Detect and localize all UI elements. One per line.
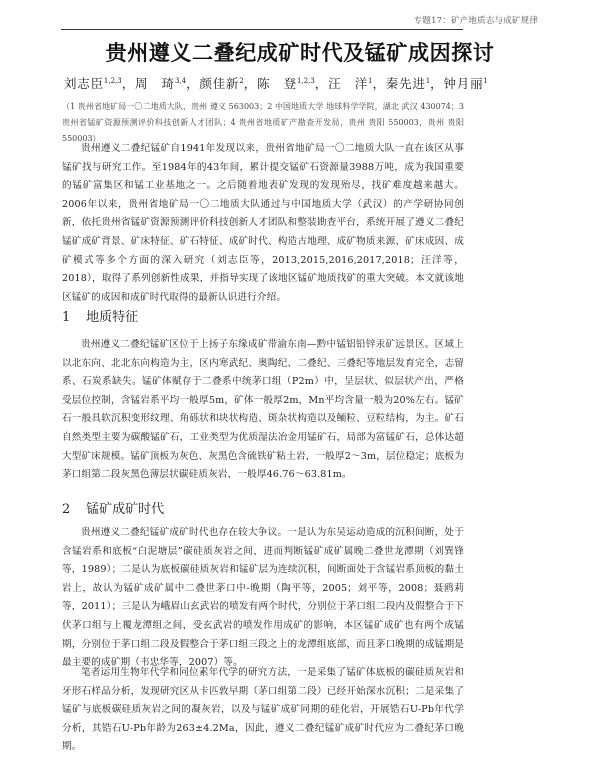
author-name: 秦先进 (386, 76, 426, 91)
author-name: 钟月丽 (443, 76, 483, 91)
author-name: 刘志臣 (64, 76, 104, 91)
author-separator: ， (430, 76, 443, 91)
author-affiliation-marker: 1,2,3 (104, 77, 122, 85)
section-title: 锰矿成矿时代 (86, 502, 164, 517)
header-rule (61, 29, 463, 30)
author-affiliation-marker: 1 (483, 77, 487, 85)
running-header: 专题17：矿产地质志与成矿规律 (414, 14, 538, 26)
author-separator: ， (315, 76, 328, 91)
section-title: 地质特征 (86, 310, 138, 325)
author-name: 颜佳新 (199, 76, 239, 91)
author-separator: ， (186, 76, 199, 91)
intro-paragraph: 贵州遵义二叠纪锰矿自1941年发现以来，贵州省地矿局一〇二地质大队一直在该区从事… (62, 140, 464, 307)
section-number: 1 (62, 310, 82, 325)
body-paragraph: 贵州遵义二叠纪锰矿成矿时代也存在较大争议。一是认为东吴运动造成的沉积间断，处于含… (62, 524, 464, 673)
author-affiliation-marker: 3,4 (175, 77, 186, 85)
body-paragraph: 笔者运用生物年代学和同位素年代学的研究方法，一是采集了锰矿体底板的碳硅质灰岩和牙… (62, 664, 464, 757)
author-name: 周 琦 (135, 76, 175, 91)
section-number: 2 (62, 502, 82, 517)
author-name: 陈 登 (257, 76, 297, 91)
section-heading: 1 地质特征 (62, 306, 138, 325)
author-separator: ， (122, 76, 135, 91)
author-name: 汪 洋 (328, 76, 368, 91)
author-separator: ， (372, 76, 385, 91)
author-list: 刘志臣1,2,3，周 琦3,4，颜佳新2，陈 登1,2,3，汪 洋1，秦先进1，… (64, 74, 544, 92)
body-paragraph: 贵州遵义二叠纪锰矿区位于上扬子东缘成矿带渝东南—黔中锰铝铅锌汞矿远景区。区域上以… (62, 336, 464, 485)
author-separator: ， (244, 76, 257, 91)
author-affiliation-marker: 1,2,3 (297, 77, 315, 85)
paper-title: 贵州遵义二叠纪成矿时代及锰矿成因探讨 (0, 37, 600, 67)
section-heading: 2 锰矿成矿时代 (62, 498, 164, 517)
